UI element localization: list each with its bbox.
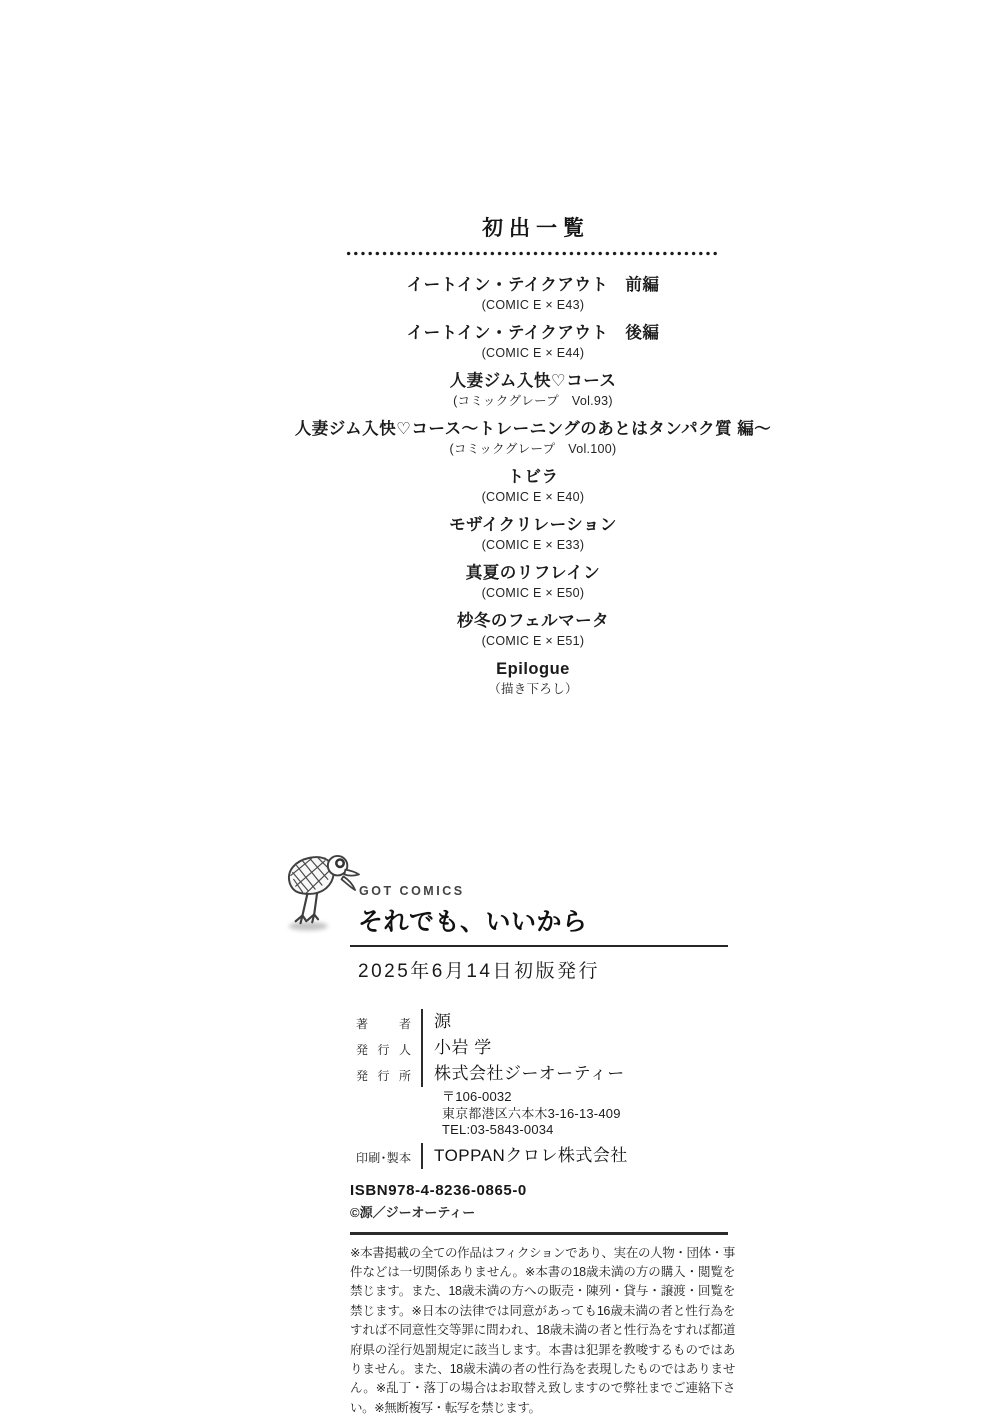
section-heading: 初出一覧 (150, 212, 916, 242)
work-source: (COMIC E × E50) (150, 585, 916, 602)
postal-code: 〒106-0032 (442, 1089, 728, 1106)
phone-number: TEL:03-5843-0034 (442, 1122, 728, 1139)
work-title: イートイン・テイクアウト 前編 (150, 273, 916, 297)
credit-label: 発 行 人 (350, 1035, 421, 1058)
work-source: (COMIC E × E51) (150, 633, 916, 650)
work-entry: イートイン・テイクアウト 前編 (COMIC E × E43) (150, 273, 916, 314)
colophon-section: GOT COMICS それでも、いいから 2025年6月14日初版発行 著 者 … (350, 846, 728, 1418)
credit-value: TOPPANクロレ株式会社 (421, 1143, 628, 1169)
divider-rule (350, 1232, 728, 1235)
dotted-divider (346, 251, 720, 256)
credits-table: 著 者 源 発 行 人 小岩 学 発 行 所 株式会社ジーオーティー 〒106-… (350, 1009, 728, 1169)
work-entry: 杪冬のフェルマータ (COMIC E × E51) (150, 609, 916, 650)
edition-date: 2025年6月14日初版発行 (350, 956, 728, 983)
publisher-address: 〒106-0032 東京都港区六本木3-16-13-409 TEL:03-584… (442, 1089, 728, 1139)
credit-value: 株式会社ジーオーティー (421, 1061, 625, 1087)
credit-value: 小岩 学 (421, 1035, 492, 1061)
book-title: それでも、いいから (358, 908, 588, 936)
work-entry: Epilogue （描き下ろし） (150, 657, 916, 698)
work-source: (COMIC E × E33) (150, 537, 916, 554)
credit-label: 著 者 (350, 1009, 421, 1032)
work-entry: 人妻ジム入快♡コース (コミックグレープ Vol.93) (150, 369, 916, 410)
work-title: モザイクリレーション (150, 513, 916, 537)
work-title: 真夏のリフレイン (150, 561, 916, 585)
work-source: (COMIC E × E43) (150, 297, 916, 314)
work-title: トビラ (150, 465, 916, 489)
credit-row-publisher-person: 発 行 人 小岩 学 (350, 1035, 728, 1061)
work-source: （描き下ろし） (150, 681, 916, 698)
credit-label: 印刷･製本 (350, 1143, 421, 1166)
work-source: (COMIC E × E44) (150, 345, 916, 362)
credit-row-printing: 印刷･製本 TOPPANクロレ株式会社 (350, 1143, 728, 1169)
credit-row-author: 著 者 源 (350, 1009, 728, 1035)
page: { "first_publication": { "heading": "初出一… (0, 0, 1000, 1419)
work-entry: イートイン・テイクアウト 後編 (COMIC E × E44) (150, 321, 916, 362)
work-entry: 人妻ジム入快♡コース～トレーニングのあとはタンパク質 編～ (コミックグレープ … (150, 417, 916, 458)
imprint-label: GOT COMICS (350, 884, 728, 898)
work-entry: モザイクリレーション (COMIC E × E33) (150, 513, 916, 554)
work-entry: トビラ (COMIC E × E40) (150, 465, 916, 506)
work-entry: 真夏のリフレイン (COMIC E × E50) (150, 561, 916, 602)
work-title: イートイン・テイクアウト 後編 (150, 321, 916, 345)
work-title: 杪冬のフェルマータ (150, 609, 916, 633)
book-title-row: それでも、いいから (350, 898, 728, 947)
work-title: 人妻ジム入快♡コース～トレーニングのあとはタンパク質 編～ (150, 417, 916, 441)
publisher-bird-logo-icon (282, 848, 360, 936)
street-address: 東京都港区六本木3-16-13-409 (442, 1106, 728, 1123)
work-source: (コミックグレープ Vol.93) (150, 393, 916, 410)
isbn: ISBN978-4-8236-0865-0 (350, 1182, 728, 1199)
credit-value: 源 (421, 1009, 452, 1035)
work-source: (COMIC E × E40) (150, 489, 916, 506)
copyright-line: ©源／ジーオーティー (350, 1202, 728, 1221)
credit-label: 発 行 所 (350, 1061, 421, 1084)
credit-row-publisher-company: 発 行 所 株式会社ジーオーティー (350, 1061, 728, 1087)
work-title: Epilogue (150, 657, 916, 681)
first-publication-section: 初出一覧 イートイン・テイクアウト 前編 (COMIC E × E43) イート… (150, 212, 916, 705)
disclaimer-text: ※本書掲載の全ての作品はフィクションであり、実在の人物・団体・事件などは一切関係… (350, 1244, 735, 1419)
work-source: (コミックグレープ Vol.100) (150, 441, 916, 458)
work-title: 人妻ジム入快♡コース (150, 369, 916, 393)
